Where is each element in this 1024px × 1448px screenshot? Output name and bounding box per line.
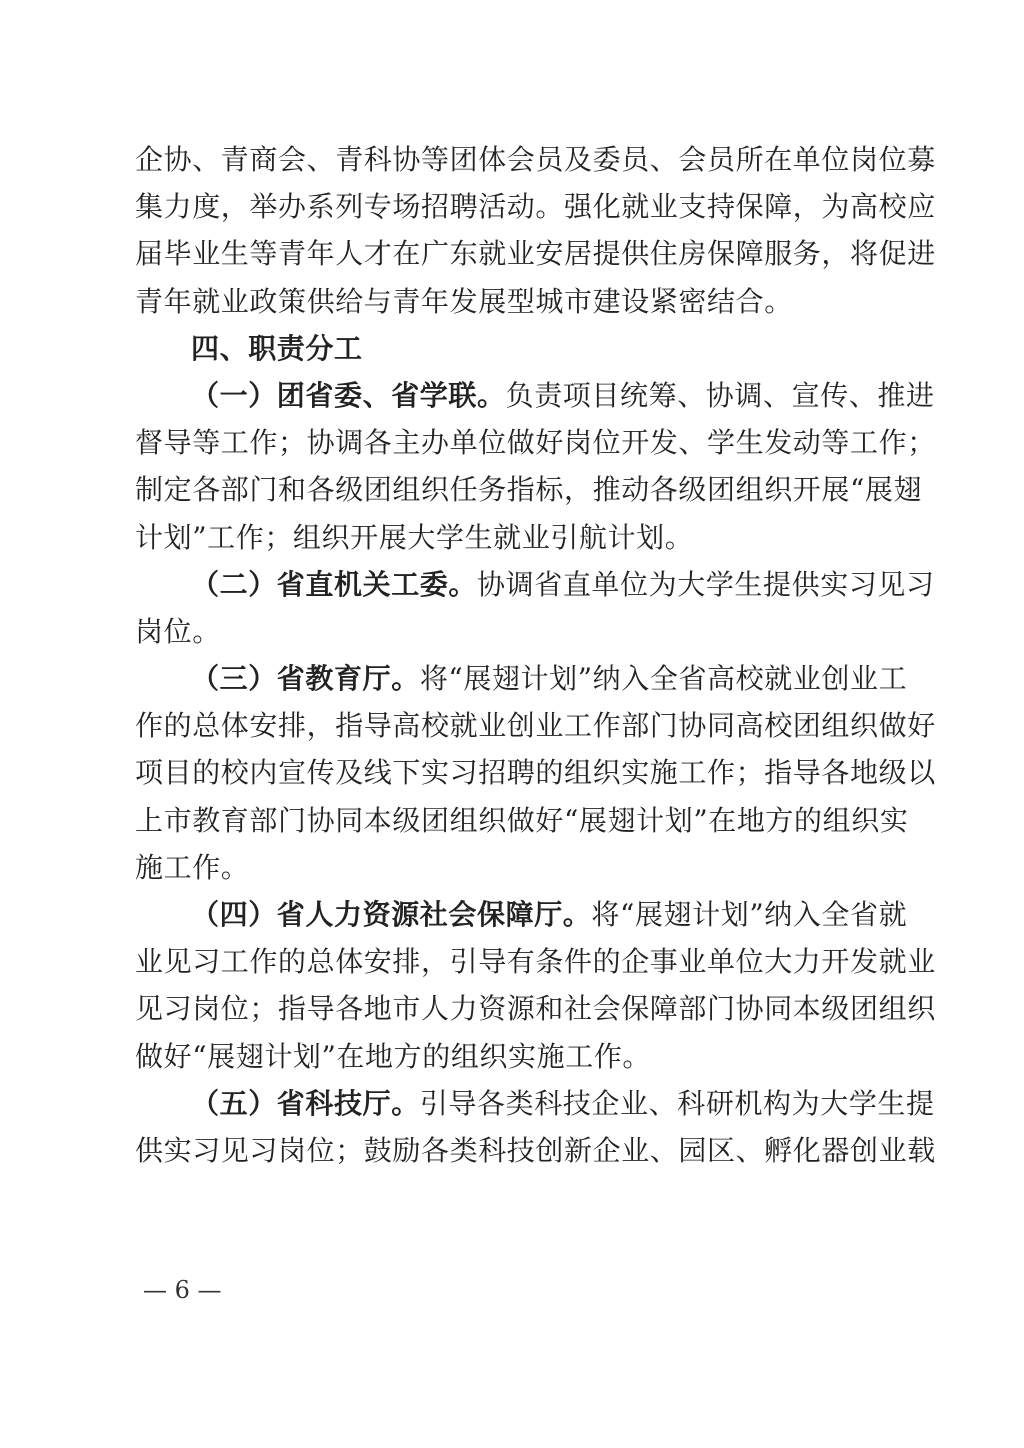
paragraph-line: 上市教育部门协同本级团组织做好“展翅计划”在地方的组织实 <box>135 797 891 844</box>
paragraph-line: 业见习工作的总体安排，引导有条件的企事业单位大力开发就业 <box>135 938 891 985</box>
paragraph-line: 项目的校内宣传及线下实习招聘的组织实施工作；指导各地级以 <box>135 749 891 796</box>
paragraph-line: 集力度，举办系列专场招聘活动。强化就业支持保障，为高校应 <box>135 183 891 230</box>
item-lead: （五）省科技厅。 <box>191 1087 420 1120</box>
item-lead: （三）省教育厅。 <box>191 662 420 695</box>
section-heading: 四、职责分工 <box>135 325 891 372</box>
paragraph-line: 届毕业生等青年人才在广东就业安居提供住房保障服务，将促进 <box>135 230 891 277</box>
paragraph-line: 制定各部门和各级团组织任务指标，推动各级团组织开展“展翅 <box>135 466 891 513</box>
item-5-first-line: （五）省科技厅。引导各类科技企业、科研机构为大学生提 <box>135 1080 891 1127</box>
item-text: 将“展翅计划”纳入全省就 <box>591 898 907 931</box>
item-text: 引导各类科技企业、科研机构为大学生提 <box>420 1087 935 1120</box>
item-text: 将“展翅计划”纳入全省高校就业创业工 <box>420 662 907 695</box>
item-lead: （四）省人力资源社会保障厅。 <box>191 898 591 931</box>
item-lead: （二）省直机关工委。 <box>191 568 477 601</box>
paragraph-line: 供实习见习岗位；鼓励各类科技创新企业、园区、孵化器创业载 <box>135 1127 891 1174</box>
paragraph-line: 岗位。 <box>135 608 891 655</box>
item-1-first-line: （一）团省委、省学联。负责项目统筹、协调、宣传、推进 <box>135 372 891 419</box>
paragraph-line: 督导等工作；协调各主办单位做好岗位开发、学生发动等工作； <box>135 419 891 466</box>
paragraph-line: 企协、青商会、青科协等团体会员及委员、会员所在单位岗位募 <box>135 136 891 183</box>
paragraph-line: 青年就业政策供给与青年发展型城市建设紧密结合。 <box>135 278 891 325</box>
paragraph-line: 施工作。 <box>135 844 891 891</box>
item-text: 负责项目统筹、协调、宣传、推进 <box>506 379 935 412</box>
paragraph-line: 见习岗位；指导各地市人力资源和社会保障部门协同本级团组织 <box>135 985 891 1032</box>
item-lead: （一）团省委、省学联。 <box>191 379 506 412</box>
paragraph-line: 计划”工作；组织开展大学生就业引航计划。 <box>135 514 891 561</box>
item-4-first-line: （四）省人力资源社会保障厅。将“展翅计划”纳入全省就 <box>135 891 891 938</box>
paragraph-line: 做好“展翅计划”在地方的组织实施工作。 <box>135 1033 891 1080</box>
document-page: 企协、青商会、青科协等团体会员及委员、会员所在单位岗位募 集力度，举办系列专场招… <box>135 136 891 1174</box>
item-2-first-line: （二）省直机关工委。协调省直单位为大学生提供实习见习 <box>135 561 891 608</box>
item-3-first-line: （三）省教育厅。将“展翅计划”纳入全省高校就业创业工 <box>135 655 891 702</box>
page-number: — 6 — <box>143 1272 222 1308</box>
paragraph-line: 作的总体安排，指导高校就业创业工作部门协同高校团组织做好 <box>135 702 891 749</box>
item-text: 协调省直单位为大学生提供实习见习 <box>477 568 935 601</box>
